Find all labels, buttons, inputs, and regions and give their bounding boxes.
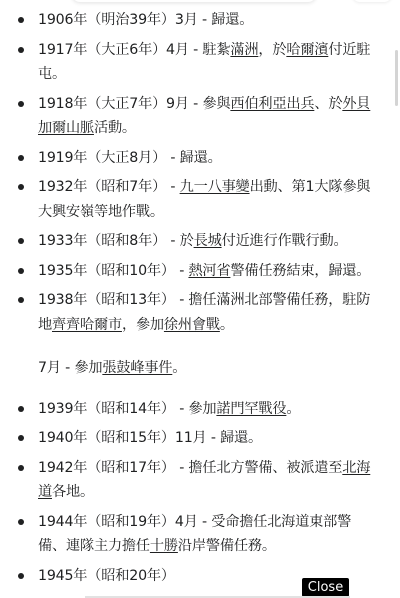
text-segment: 1942年（昭和17年） - 擔任北方警備、被派遣至: [38, 460, 342, 476]
wiki-link[interactable]: 滿洲: [230, 42, 258, 58]
text-segment: 1939年（昭和14年） - 參加: [38, 401, 216, 417]
text-segment: 。: [172, 360, 186, 376]
bullet-icon: [18, 406, 24, 412]
wiki-link[interactable]: 齊齊哈爾市: [52, 317, 122, 333]
floating-search-bar[interactable]: [72, 0, 316, 2]
wiki-link[interactable]: 諾門罕戰役: [216, 401, 286, 417]
text-segment: 。: [220, 317, 234, 333]
timeline-item: 1933年（昭和8年） - 於長城付近進行作戰行動。: [0, 229, 372, 254]
timeline-item: 1932年（昭和7年） - 九一八事變出動、第1大隊參與大興安嶺等地作戰。: [0, 175, 372, 224]
text-segment: 7月 - 參加: [38, 360, 102, 376]
wiki-link[interactable]: 張鼓峰事件: [102, 360, 172, 376]
floating-action-button[interactable]: [352, 0, 392, 2]
bullet-icon: [18, 268, 24, 274]
text-segment: 1906年（明治39年）3月 - 歸還。: [38, 12, 253, 28]
wiki-link[interactable]: 西伯利亞出兵: [230, 96, 314, 112]
timeline-item: 1918年（大正7年）9月 - 參與西伯利亞出兵、於外貝加爾山脈活動。: [0, 92, 372, 141]
text-segment: 1935年（昭和10年） -: [38, 263, 188, 279]
timeline-list: 1906年（明治39年）3月 - 歸還。1917年（大正6年）4月 - 駐紮滿洲…: [0, 8, 372, 337]
text-segment: 1932年（昭和7年） -: [38, 179, 180, 195]
timeline-item: 1939年（昭和14年） - 參加諾門罕戰役。: [0, 397, 372, 422]
bullet-icon: [18, 184, 24, 190]
bullet-icon: [18, 297, 24, 303]
timeline-item: 1940年（昭和15年）11月 - 歸還。: [0, 426, 372, 451]
timeline-item: 1944年（昭和19年）4月 - 受命擔任北海道東部警備、連隊主力擔任十勝沿岸警…: [0, 510, 372, 559]
bullet-icon: [18, 17, 24, 23]
bullet-icon: [18, 238, 24, 244]
wiki-link[interactable]: 長城: [194, 233, 222, 249]
timeline-item: 1935年（昭和10年） - 熱河省警備任務結束，歸還。: [0, 259, 372, 284]
wiki-link[interactable]: 徐州會戰: [164, 317, 220, 333]
text-segment: 付近進行作戰行動。: [222, 233, 348, 249]
timeline-item: 1919年（大正8月） - 歸還。: [0, 146, 372, 171]
text-segment: 1933年（昭和8年） - 於: [38, 233, 194, 249]
text-segment: 1918年（大正7年）9月 - 參與: [38, 96, 230, 112]
text-segment: ，參加: [122, 317, 164, 333]
scrollbar-thumb[interactable]: [395, 50, 398, 106]
timeline-item: 1917年（大正6年）4月 - 駐紮滿洲，於哈爾濱付近駐屯。: [0, 38, 372, 87]
text-segment: 各地。: [52, 484, 94, 500]
text-segment: 活動。: [94, 120, 136, 136]
bullet-icon: [18, 519, 24, 525]
wiki-link[interactable]: 哈爾濱: [286, 42, 328, 58]
text-segment: 1919年（大正8月） - 歸還。: [38, 150, 222, 166]
timeline-list-continued: 1939年（昭和14年） - 參加諾門罕戰役。1940年（昭和15年）11月 -…: [0, 397, 372, 589]
bullet-icon: [18, 573, 24, 579]
text-segment: 1940年（昭和15年）11月 - 歸還。: [38, 430, 262, 446]
bullet-icon: [18, 435, 24, 441]
bullet-icon: [18, 155, 24, 161]
wiki-link[interactable]: 十勝: [150, 538, 178, 554]
text-segment: 1945年（昭和20年）: [38, 568, 175, 584]
text-segment: 。: [286, 401, 300, 417]
bullet-icon: [18, 101, 24, 107]
paragraph-july-event: 7月 - 參加張鼓峰事件。: [0, 356, 372, 381]
bullet-icon: [18, 465, 24, 471]
text-segment: 1917年（大正6年）4月 - 駐紮: [38, 42, 230, 58]
wiki-link[interactable]: 熱河省: [188, 263, 230, 279]
timeline-item: 1942年（昭和17年） - 擔任北方警備、被派遣至北海道各地。: [0, 456, 372, 505]
wiki-link[interactable]: 九一八事變: [180, 179, 250, 195]
text-segment: 警備任務結束，歸還。: [230, 263, 370, 279]
article-content: 1906年（明治39年）3月 - 歸還。1917年（大正6年）4月 - 駐紮滿洲…: [0, 8, 372, 593]
text-segment: 、於: [314, 96, 342, 112]
bullet-icon: [18, 47, 24, 53]
text-segment: 沿岸警備任務。: [178, 538, 276, 554]
close-ad-button[interactable]: Close: [302, 578, 349, 597]
timeline-item: 1906年（明治39年）3月 - 歸還。: [0, 8, 372, 33]
text-segment: ，於: [258, 42, 286, 58]
timeline-item: 1938年（昭和13年） - 擔任滿洲北部警備任務，駐防地齊齊哈爾市，參加徐州會…: [0, 288, 372, 337]
